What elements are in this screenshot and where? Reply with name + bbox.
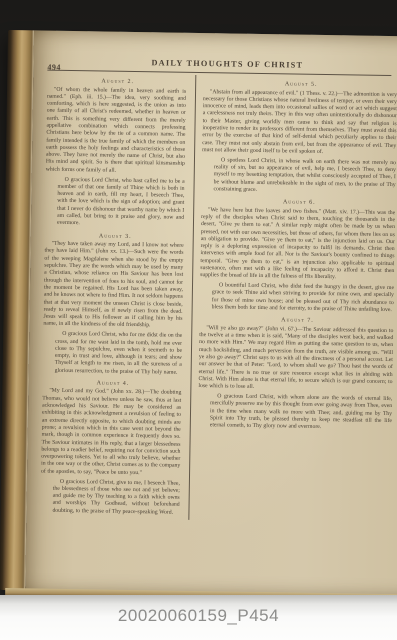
devotion-august-4: August 4. "My Lord and my God." (John xx… bbox=[40, 380, 183, 517]
running-title: DAILY THOUGHTS OF CHRIST bbox=[151, 58, 303, 69]
prayer-text: O gracious Lord Christ, give to me, I be… bbox=[52, 478, 180, 516]
devotion-text: "Of whom the whole family in heaven and … bbox=[46, 86, 186, 176]
prayer-text: O gracious Lord Christ, who for me didst… bbox=[55, 331, 183, 377]
scan-id-label: 20020060159_P454 bbox=[0, 606, 397, 626]
prayer-text: O spotless Lord Christ, in whose walk on… bbox=[213, 157, 396, 196]
devotion-text: "They have taken away my Lord, and I kno… bbox=[43, 241, 183, 331]
book-page-scan: 494 DAILY THOUGHTS OF CHRIST August 2. "… bbox=[0, 30, 397, 597]
prayer-text: O bountiful Lord Christ, who didst feed … bbox=[212, 282, 394, 314]
section-date-heading: August 7. bbox=[199, 316, 395, 325]
scanned-book-photo: 494 DAILY THOUGHTS OF CHRIST August 2. "… bbox=[0, 0, 397, 640]
devotion-text: "My Lord and my God." (John xx. 28.)—The… bbox=[41, 388, 181, 478]
section-date-heading: August 2. bbox=[47, 78, 188, 86]
page-content: 494 DAILY THOUGHTS OF CHRIST August 2. "… bbox=[26, 30, 397, 523]
section-date-heading: August 5. bbox=[203, 80, 397, 89]
devotion-text: "Abstain from all appearance of evil." (… bbox=[202, 89, 397, 158]
text-column-left: August 2. "Of whom the whole family in h… bbox=[40, 73, 188, 520]
prayer-text: O gracious Lord Christ, with whom alone … bbox=[210, 393, 393, 432]
devotion-august-2: August 2. "Of whom the whole family in h… bbox=[45, 78, 188, 230]
section-date-heading: August 3. bbox=[45, 232, 186, 240]
devotion-august-5: August 5. "Abstain from all appearance o… bbox=[201, 80, 397, 196]
text-columns: August 2. "Of whom the whole family in h… bbox=[40, 73, 397, 524]
devotion-august-7: August 7. "Will ye also go away?" (John … bbox=[198, 316, 396, 432]
text-column-right: August 5. "Abstain from all appearance o… bbox=[188, 75, 397, 523]
page-paper: 494 DAILY THOUGHTS OF CHRIST August 2. "… bbox=[25, 30, 397, 596]
section-date-heading: August 4. bbox=[42, 380, 183, 388]
prayer-text: O gracious Lord Christ, who hast called … bbox=[57, 176, 185, 229]
section-date-heading: August 6. bbox=[201, 198, 397, 207]
devotion-text: "We have here but five loaves and two fi… bbox=[200, 207, 395, 283]
devotion-august-3: August 3. "They have taken away my Lord,… bbox=[43, 232, 186, 377]
devotion-august-6: August 6. "We have here but five loaves … bbox=[200, 198, 397, 314]
page-number: 494 bbox=[47, 63, 61, 72]
devotion-text: "Will ye also go away?" (John vi. 67.)—T… bbox=[198, 325, 393, 394]
scan-footer-strip: 20020060159_P454 bbox=[0, 595, 397, 640]
